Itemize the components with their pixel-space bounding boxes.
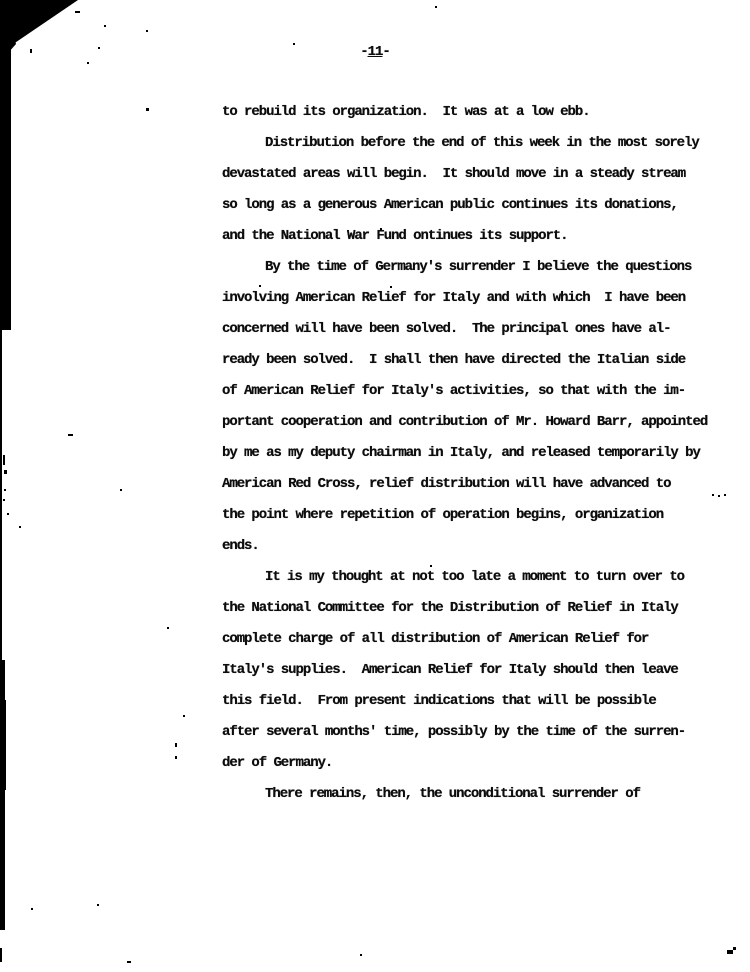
text-line: Italy's supplies. American Relief for It… (222, 655, 722, 686)
page-number: -11- (0, 44, 750, 60)
text-line: By the time of Germany's surrender I bel… (222, 252, 722, 283)
text-line: ends. (222, 531, 722, 562)
page-number-prefix: - (360, 44, 367, 60)
text-line: to rebuild its organization. It was at a… (222, 97, 722, 128)
text-line: this field. From present indications tha… (222, 686, 722, 717)
text-line: by me as my deputy chairman in Italy, an… (222, 438, 722, 469)
text-line: der of Germany. (222, 748, 722, 779)
scan-page: -11- to rebuild its organization. It was… (0, 0, 750, 972)
scan-left-band (0, 44, 11, 962)
text-line: and the National War Fund ontinues its s… (222, 221, 722, 252)
text-line: It is my thought at not too late a momen… (222, 562, 722, 593)
page-number-suffix: - (382, 44, 389, 60)
text-line: after several months' time, possibly by … (222, 717, 722, 748)
text-line: complete charge of all distribution of A… (222, 624, 722, 655)
text-line: portant cooperation and contribution of … (222, 407, 722, 438)
text-line: the National Committee for the Distribut… (222, 593, 722, 624)
text-line: involving American Relief for Italy and … (222, 283, 722, 314)
text-line: devastated areas will begin. It should m… (222, 159, 722, 190)
text-line: concerned will have been solved. The pri… (222, 314, 722, 345)
text-line: of American Relief for Italy's activitie… (222, 376, 722, 407)
text-line: There remains, then, the unconditional s… (222, 779, 722, 810)
page-number-value: 11 (368, 44, 383, 60)
text-line: ready been solved. I shall then have dir… (222, 345, 722, 376)
text-line: Distribution before the end of this week… (222, 128, 722, 159)
text-line: American Red Cross, relief distribution … (222, 469, 722, 500)
document-body: to rebuild its organization. It was at a… (222, 97, 722, 810)
text-line: so long as a generous American public co… (222, 190, 722, 221)
text-line: the point where repetition of operation … (222, 500, 722, 531)
